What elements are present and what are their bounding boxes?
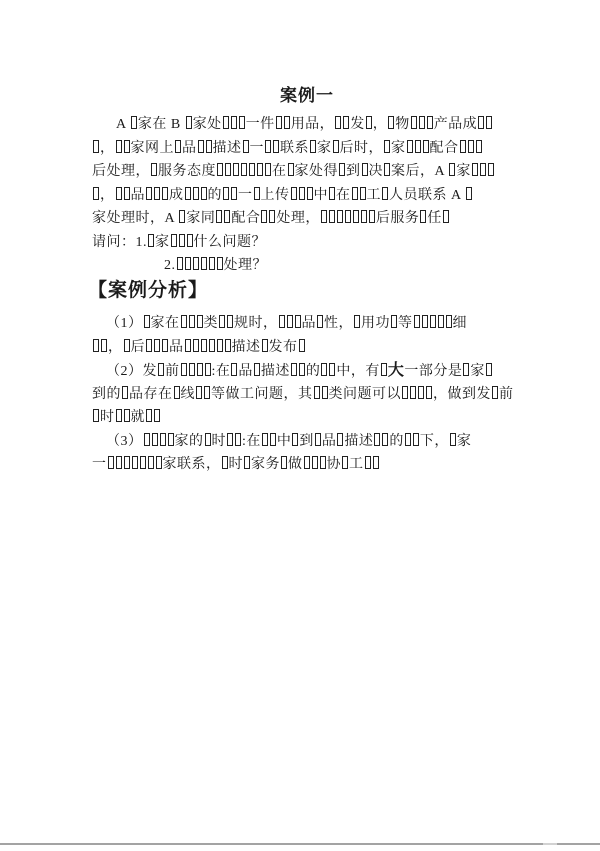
page-edge-line xyxy=(0,843,600,845)
intro-line-4: ，品成的一上传中在工人员联系 A xyxy=(92,184,522,208)
analysis-p1-line-1: （1）家在类规时，品性，用功等细 xyxy=(92,312,522,336)
analysis-p2-bold-char: 大 xyxy=(388,362,405,379)
intro-line-5: 家处理时，A 家同配合处理，后服务任 xyxy=(92,207,522,231)
document-title: 案例一 xyxy=(92,83,522,108)
document-content: 案例一 A 家在 B 家处一件用品，发，物产品成 ，家网上品描述一联系家后时，家… xyxy=(92,83,522,477)
document-page: 案例一 A 家在 B 家处一件用品，发，物产品成 ，家网上品描述一联系家后时，家… xyxy=(0,0,600,851)
analysis-p1-line-2: ，后品描述发布 xyxy=(92,336,522,360)
intro-line-1: A 家在 B 家处一件用品，发，物产品成 xyxy=(92,113,522,137)
question-line-2: 2.处理？ xyxy=(164,254,522,278)
analysis-p3-line-2: 一家联系，时家务做协工 xyxy=(92,453,522,477)
analysis-heading: 【案例分析】 xyxy=(88,278,522,304)
analysis-p2-line-1-pre: （2）发前:在品描述的中，有 xyxy=(106,364,388,379)
question-line-1: 请问：1.家什么问题？ xyxy=(92,231,522,255)
analysis-p2-line-3: 时就 xyxy=(92,406,522,430)
intro-line-3: 后处理，服务态度在家处得到决案后，A 家 xyxy=(92,160,522,184)
analysis-p2-line-2: 到的品存在线等做工问题，其类问题可以，做到发前 xyxy=(92,383,522,407)
intro-line-2: ，家网上品描述一联系家后时，家配合 xyxy=(92,137,522,161)
analysis-p3-line-1: （3）家的时:在中到品描述的下，家 xyxy=(92,430,522,454)
analysis-p2-line-1: （2）发前:在品描述的中，有大一部分是家 xyxy=(92,359,522,383)
analysis-p2-line-1-post: 一部分是家 xyxy=(404,364,493,379)
